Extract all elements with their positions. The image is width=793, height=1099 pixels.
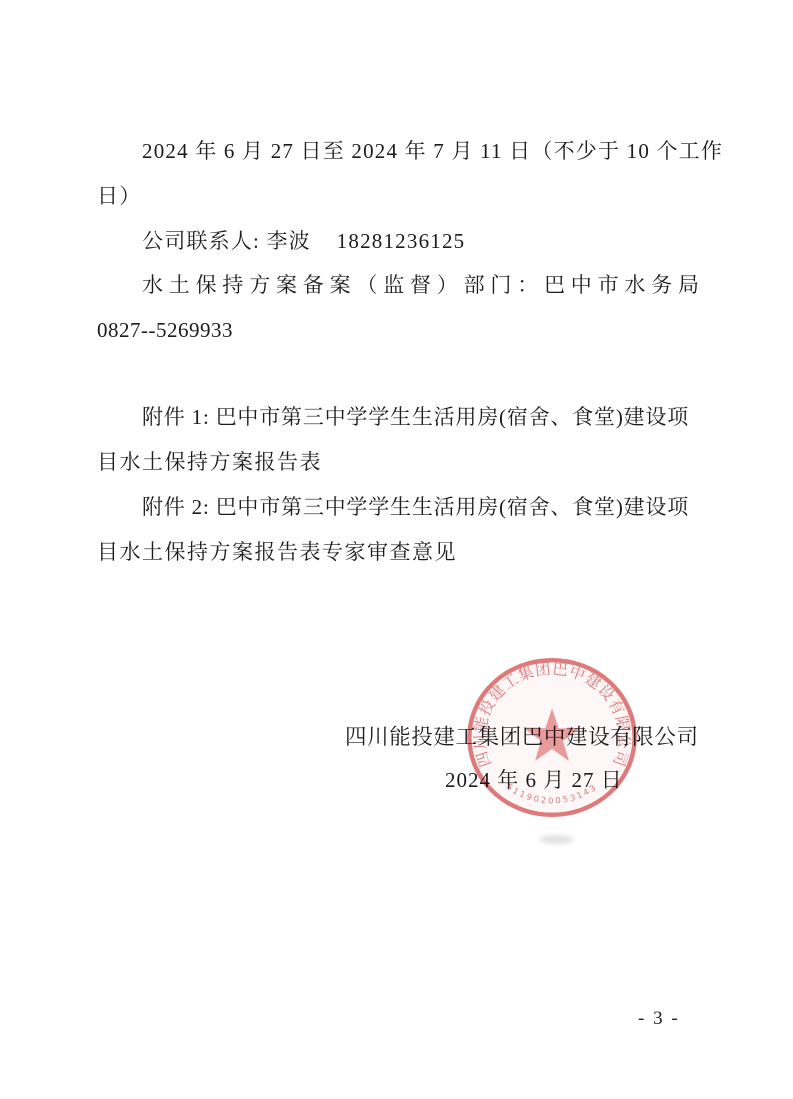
attachment-2-line-2: 目水土保持方案报告表专家审查意见 bbox=[97, 539, 457, 565]
supervision-department-line: 水土保持方案备案（监督）部门：巴中市水务局 bbox=[142, 272, 705, 298]
company-contact-line: 公司联系人: 李波 18281236125 bbox=[142, 228, 465, 254]
company-seal-stamp: 四川能投建工集团巴中建设有限公司 5119020053143 bbox=[464, 654, 640, 821]
scan-artifact-smudge bbox=[540, 835, 574, 844]
page-number: - 3 - bbox=[638, 1008, 680, 1030]
publicity-period-line-1: 2024 年 6 月 27 日至 2024 年 7 月 11 日（不少于 10 … bbox=[142, 138, 723, 164]
attachment-1-line-2: 目水土保持方案报告表 bbox=[97, 449, 322, 475]
publicity-period-line-2: 日） bbox=[97, 183, 141, 209]
attachment-1-line-1: 附件 1: 巴中市第三中学学生生活用房(宿舍、食堂)建设项 bbox=[142, 404, 689, 430]
document-page: 2024 年 6 月 27 日至 2024 年 7 月 11 日（不少于 10 … bbox=[0, 0, 793, 1099]
supervision-phone-line: 0827--5269933 bbox=[97, 317, 233, 343]
attachment-2-line-1: 附件 2: 巴中市第三中学学生生活用房(宿舍、食堂)建设项 bbox=[142, 494, 689, 520]
